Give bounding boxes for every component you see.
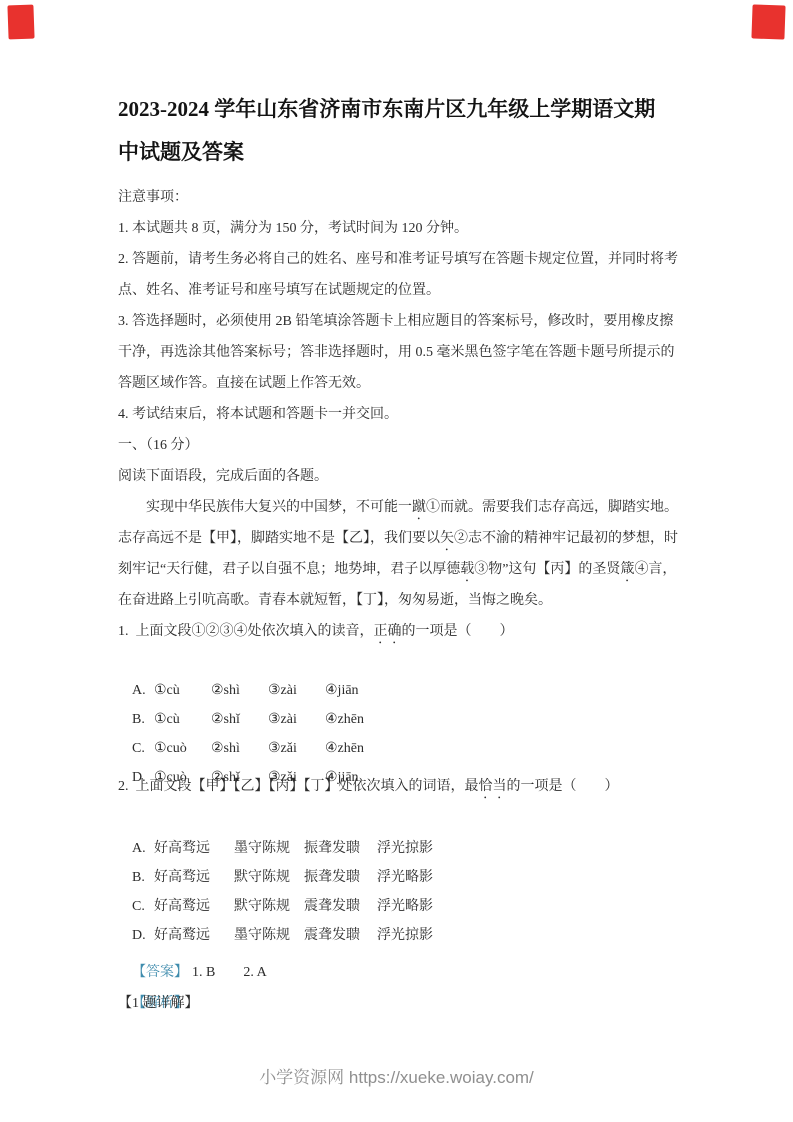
document-page: 2023-2024 学年山东省济南市东南片区九年级上学期语文期 中试题及答案 注… <box>118 88 680 1019</box>
option-item: 好高骛远 <box>154 863 234 892</box>
page-title-line-2: 中试题及答案 <box>118 131 680 174</box>
option-item: 好高骛远 <box>154 834 234 863</box>
passage-emphasized-char: 矢 <box>440 531 454 546</box>
passage-emphasized-char: 箴 <box>620 562 634 577</box>
option-item: 浮光掠影 <box>377 928 433 943</box>
passage-text: 实现中华民族伟大复兴的中国梦，不可能一 <box>118 500 412 515</box>
passage-line-4: 在奋进路上引吭高歌。青春本就短暂，【丁】，匆匆易逝，当悔之晚矣。 <box>118 585 680 616</box>
passage-text: ①而就。需要我们志存高远，脚踏实地。 <box>426 500 678 515</box>
notice-item-2-cont: 点、姓名、准考证号和座号填写在试题规定的位置。 <box>118 275 680 306</box>
answer-label: 【答案】 <box>132 965 188 980</box>
option-label: C. <box>132 892 154 921</box>
stem-text: 1. 上面文段①②③④处依次填入的读音， <box>118 624 374 639</box>
option-item: ③zài <box>268 705 325 734</box>
passage-line-3: 刻牢记“天行健，君子以自强不息；地势坤，君子以厚德载③物”这句【丙】的圣贤箴④言… <box>118 554 680 585</box>
footer: 小学资源网 https://xueke.woiay.com/ <box>0 1066 793 1090</box>
option-item: 震聋发聩 <box>304 921 377 950</box>
question-1-stem: 1. 上面文段①②③④处依次填入的读音，正确的一项是（ ） <box>118 616 680 647</box>
option-label: A. <box>132 676 154 705</box>
option-item: 好高鹜远 <box>154 892 234 921</box>
option-label: A. <box>132 834 154 863</box>
option-item: ①cuò <box>154 734 211 763</box>
option-item: 墨守陈规 <box>234 834 304 863</box>
option-item: 默守陈规 <box>234 863 304 892</box>
stem-text: 2. 上面文段【甲】【乙】【丙】【丁】处依次填入的词语，最 <box>118 779 479 794</box>
option-item: ④zhēn <box>325 741 364 756</box>
q1-option-a: A.①cù②shì③zài④jiān <box>118 647 680 676</box>
option-label: B. <box>132 705 154 734</box>
notice-item-3: 3. 答选择题时，必须使用 2B 铅笔填涂答题卡上相应题目的答案标号，修改时，要… <box>118 306 680 337</box>
footer-link[interactable]: 小学资源网 https://xueke.woiay.com/ <box>259 1068 534 1087</box>
stem-text: 的一项是（ ） <box>507 779 619 794</box>
passage-line-1: 实现中华民族伟大复兴的中国梦，不可能一蹴①而就。需要我们志存高远，脚踏实地。 <box>118 492 680 523</box>
option-item: 浮光掠影 <box>377 841 433 856</box>
option-item: 默守陈规 <box>234 892 304 921</box>
section-heading: 一、（16 分） <box>118 430 680 461</box>
option-item: ③zǎi <box>268 734 325 763</box>
question-2-stem: 2. 上面文段【甲】【乙】【丙】【丁】处依次填入的词语，最恰当的一项是（ ） <box>118 771 680 802</box>
option-item: ②shǐ <box>211 705 268 734</box>
page-title: 2023-2024 学年山东省济南市东南片区九年级上学期语文期 中试题及答案 <box>118 88 680 174</box>
passage-emphasized-char: 蹴 <box>412 500 426 515</box>
option-item: 浮光略影 <box>377 870 433 885</box>
notice-item-1: 1. 本试题共 8 页，满分为 150 分，考试时间为 120 分钟。 <box>118 213 680 244</box>
option-item: 震聋发聩 <box>304 892 377 921</box>
option-item: 振聋发聩 <box>304 863 377 892</box>
red-corner-mark-left <box>7 5 34 40</box>
passage-text: ③物”这句【丙】的圣贤 <box>474 562 620 577</box>
option-item: 墨守陈规 <box>234 921 304 950</box>
stem-text: 的一项是（ ） <box>402 624 514 639</box>
answer-value-2: 2. A <box>243 965 266 980</box>
option-item: ④jiān <box>325 683 359 698</box>
notice-item-3-cont: 干净，再选涂其他答案标号；答非选择题时，用 0.5 毫米黑色签字笔在答题卡题号所… <box>118 337 680 368</box>
option-item: ②shì <box>211 676 268 705</box>
option-item: 好高鹜远 <box>154 921 234 950</box>
option-item: 振聋发聩 <box>304 834 377 863</box>
passage-line-2: 志存高远不是【甲】，脚踏实地不是【乙】，我们要以矢②志不渝的精神牢记最初的梦想，… <box>118 523 680 554</box>
option-label: B. <box>132 863 154 892</box>
stem-emphasized-text: 恰当 <box>479 779 507 794</box>
option-item: ①cù <box>154 676 211 705</box>
notice-item-3-cont2: 答题区域作答。直接在试题上作答无效。 <box>118 368 680 399</box>
option-item: ④zhēn <box>325 712 364 727</box>
passage-text: ②志不渝的精神牢记最初的梦想，时 <box>454 531 678 546</box>
option-item: ③zài <box>268 676 325 705</box>
passage-emphasized-char: 载 <box>460 562 474 577</box>
detail-heading: 【1 题详解】 <box>118 988 680 1019</box>
red-corner-mark-right <box>751 4 785 39</box>
notice-item-2: 2. 答题前，请考生务必将自己的姓名、座号和准考证号填写在答题卡规定位置，并同时… <box>118 244 680 275</box>
stem-emphasized-text: 正确 <box>374 624 402 639</box>
notice-heading: 注意事项： <box>118 182 680 213</box>
option-item: ②shì <box>211 734 268 763</box>
passage-text: ④言， <box>634 562 676 577</box>
option-label: C. <box>132 734 154 763</box>
option-item: 浮光略影 <box>377 899 433 914</box>
passage-text: 刻牢记“天行健，君子以自强不息；地势坤，君子以厚德 <box>118 562 460 577</box>
option-item: ①cù <box>154 705 211 734</box>
passage-text: 志存高远不是【甲】，脚踏实地不是【乙】，我们要以 <box>118 531 440 546</box>
answer-value-1: 1. B <box>192 965 215 980</box>
reading-intro: 阅读下面语段，完成后面的各题。 <box>118 461 680 492</box>
page-title-line-1: 2023-2024 学年山东省济南市东南片区九年级上学期语文期 <box>118 88 680 131</box>
option-label: D. <box>132 921 154 950</box>
notice-item-4: 4. 考试结束后，将本试题和答题卡一并交回。 <box>118 399 680 430</box>
q2-option-a: A.好高骛远墨守陈规振聋发聩浮光掠影 <box>118 805 680 834</box>
